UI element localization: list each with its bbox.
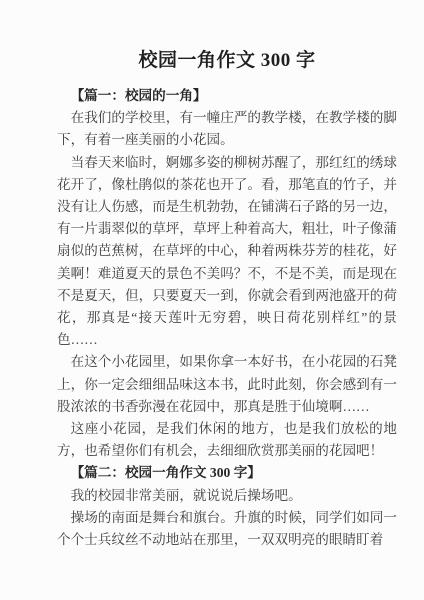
essay-section-one: 【篇一：校园的一角】 在我们的学校里，有一幢庄严的教学楼，在教学楼的脚下，有着一… [57, 85, 397, 462]
section-one-paragraph-4: 这座小花园，是我们休闲的地方，也是我们放松的地方，也希望你们有机会，去细细欣赏那… [57, 418, 397, 462]
section-one-paragraph-3: 在这个小花园里，如果你拿一本好书，在小花园的石凳上，你一定会细细品味这本书，此时… [57, 351, 397, 418]
section-one-paragraph-2: 当春天来临时，婀娜多姿的柳树苏醒了，那红红的绣球花开了，像杜鹃似的茶花也开了。看… [57, 152, 397, 352]
section-two-paragraph-1: 我的校园非常美丽，就说说后操场吧。 [57, 485, 397, 507]
section-two-heading: 【篇二：校园一角作文 300 字】 [57, 462, 397, 484]
section-two-paragraph-2: 操场的南面是舞台和旗台。升旗的时候，同学们如同一个个士兵纹丝不动地站在那里，一双… [57, 507, 397, 551]
section-one-heading: 【篇一：校园的一角】 [57, 85, 397, 107]
document-page: 校园一角作文 300 字 【篇一：校园的一角】 在我们的学校里，有一幢庄严的教学… [0, 0, 424, 600]
essay-title: 校园一角作文 300 字 [57, 48, 397, 74]
section-one-paragraph-1: 在我们的学校里，有一幢庄严的教学楼，在教学楼的脚下，有着一座美丽的小花园。 [57, 107, 397, 151]
essay-section-two: 【篇二：校园一角作文 300 字】 我的校园非常美丽，就说说后操场吧。 操场的南… [57, 462, 397, 551]
